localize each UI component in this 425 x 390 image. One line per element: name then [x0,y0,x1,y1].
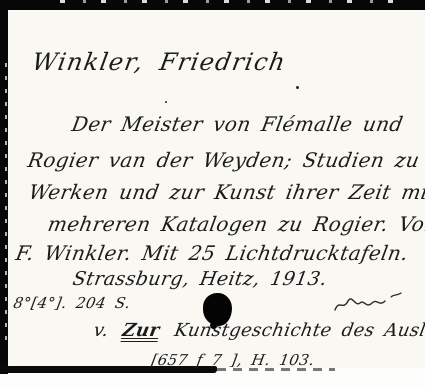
catalog-card-scan: Winkler, Friedrich Der Meister von Fléma… [0,0,425,390]
scan-border-top [0,0,425,10]
ink-blot [203,293,232,326]
title-line-1: Der Meister von Flémalle und [70,112,405,136]
series-note-line: v. Zur Kunstgeschichte des Auslandes [92,320,425,341]
series-underlined-word: Zur [121,320,162,341]
scan-artifact-speckles-left [5,60,7,340]
illegible-initials-scribble [333,290,405,316]
scan-artifact-speckles-top [60,0,400,3]
title-line-2: Rogier van der Weyden; Studien zu ihren [26,148,425,172]
series-prefix: v. [92,320,110,341]
author-heading: Winkler, Friedrich [30,48,288,76]
title-line-4: mehreren Katalogen zu Rogier. Von [46,212,425,236]
shelfmark-line: [657 f 7 ], H. 103. [150,351,316,369]
collation-line: 8°[4°]. 204 S. [12,294,132,312]
title-line-5: F. Winkler. Mit 25 Lichtdrucktafeln. [14,241,410,265]
scan-speck [296,86,299,89]
scan-border-left [0,0,8,374]
title-line-3: Werken und zur Kunst ihrer Zeit mit [27,180,425,204]
imprint-line: Strassburg, Heitz, 1913. [71,268,329,290]
scan-speck [165,101,167,103]
